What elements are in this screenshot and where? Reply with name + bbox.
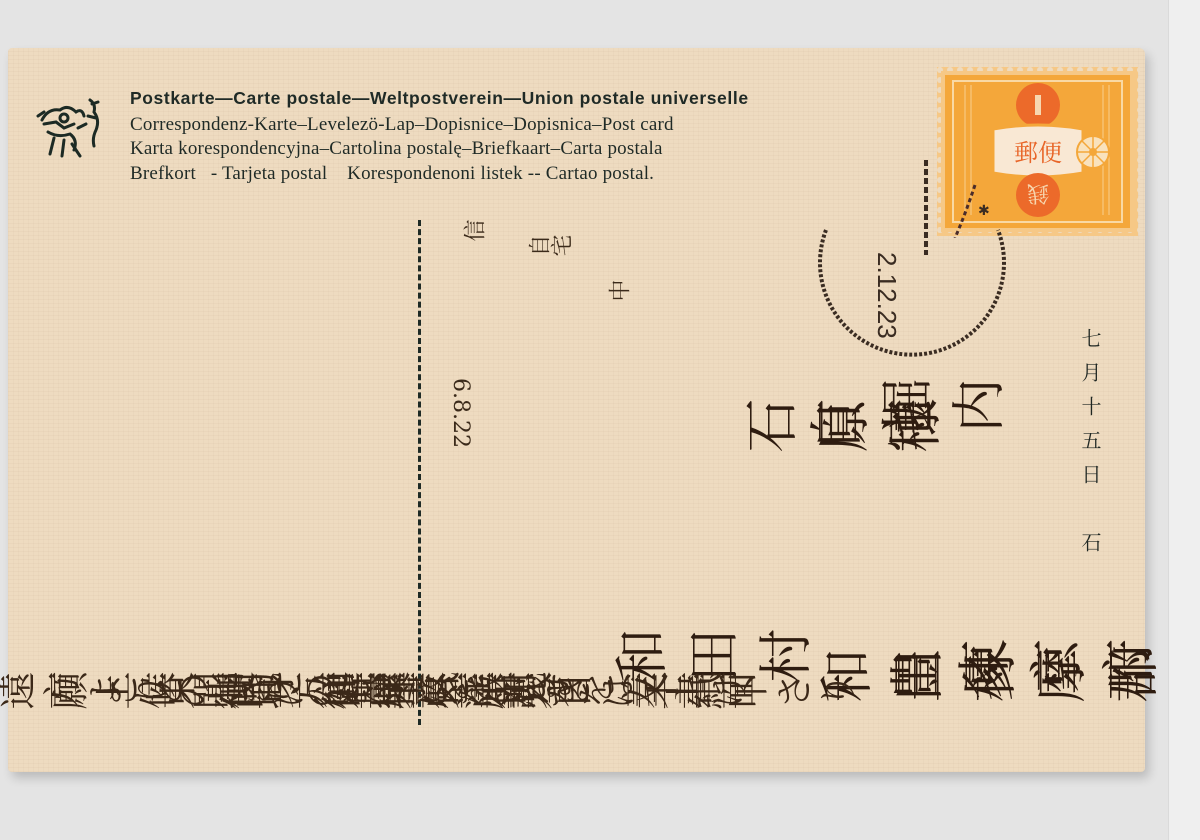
svg-text:銭: 銭 [1027, 180, 1049, 205]
header-line-3: Karta korespondencyjna–Cartolina postalę… [130, 138, 663, 160]
postmark-cancel: 2.12.23 ✱ [808, 160, 1008, 360]
header-title: Postkarte—Carte postale—Weltpostverein—U… [130, 88, 749, 109]
svg-text:郵便: 郵便 [1014, 139, 1062, 167]
header-line-2: Correspondenz-Karte–Levelezö-Lap–Dopisni… [130, 114, 674, 136]
address-divider [418, 220, 421, 725]
sender-label: 信 [463, 217, 485, 248]
sender-note: 自宅 [528, 232, 572, 263]
recipient-name: 石原様 [743, 391, 959, 468]
side-note: 七月十五日 石 [1076, 328, 1105, 566]
svg-text:2.12.23: 2.12.23 [872, 252, 902, 339]
svg-text:✱: ✱ [978, 204, 990, 219]
sender-line: 中 [608, 277, 630, 308]
heraldic-figure-icon [34, 94, 108, 166]
header-line-4: Brefkort - Tarjeta postal Korespondenoni… [130, 163, 654, 185]
date-note: 6.8.22 [448, 378, 473, 448]
message-line-8: 遠方よりの便り [0, 668, 306, 720]
postcard: Postkarte—Carte postale—Weltpostverein—U… [8, 48, 1145, 772]
